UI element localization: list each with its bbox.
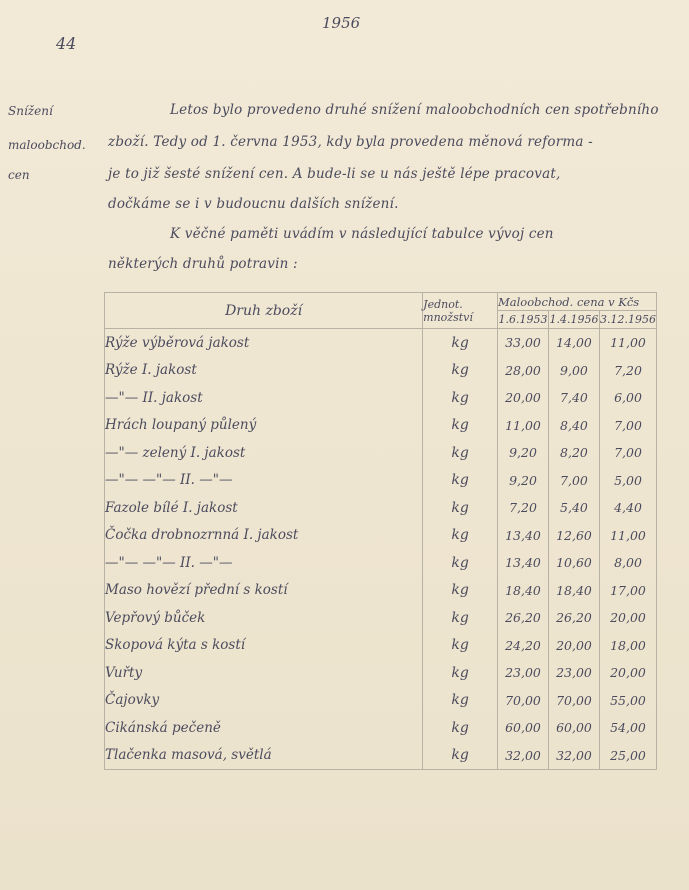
- price-1953: 9,20: [498, 467, 549, 495]
- table-row: Rýže výběrová jakostkg33,0014,0011,00: [105, 329, 657, 357]
- price-apr-1956: 10,60: [548, 549, 599, 577]
- item-name: Vepřový bůček: [105, 604, 423, 632]
- price-1953: 11,00: [498, 412, 549, 440]
- item-unit: kg: [423, 632, 498, 660]
- item-name: Rýže I. jakost: [105, 357, 423, 385]
- header-unit-line: množství: [423, 311, 473, 324]
- price-1953: 26,20: [498, 604, 549, 632]
- item-name: Cikánská pečeně: [105, 714, 423, 742]
- price-dec-1956: 20,00: [599, 659, 656, 687]
- price-apr-1956: 7,40: [548, 384, 599, 412]
- margin-note-line: Snížení: [8, 104, 53, 118]
- item-unit: kg: [423, 384, 498, 412]
- price-dec-1956: 20,00: [599, 604, 656, 632]
- header-date-1953: 1.6.1953: [498, 311, 549, 329]
- price-dec-1956: 8,00: [599, 549, 656, 577]
- price-1953: 28,00: [498, 357, 549, 385]
- table-row: —"— —"— II. —"—kg9,207,005,00: [105, 467, 657, 495]
- price-dec-1956: 18,00: [599, 632, 656, 660]
- price-1953: 32,00: [498, 742, 549, 770]
- item-unit: kg: [423, 604, 498, 632]
- item-unit: kg: [423, 357, 498, 385]
- item-name: Rýže výběrová jakost: [105, 329, 423, 357]
- price-1953: 70,00: [498, 687, 549, 715]
- price-dec-1956: 11,00: [599, 522, 656, 550]
- price-1953: 60,00: [498, 714, 549, 742]
- item-name: Maso hovězí přední s kostí: [105, 577, 423, 605]
- page-number: 44: [56, 34, 76, 53]
- price-1953: 18,40: [498, 577, 549, 605]
- header-date-apr-1956: 1.4.1956: [548, 311, 599, 329]
- table-row: Hrách loupaný půlenýkg11,008,407,00: [105, 412, 657, 440]
- header-goods-type: Druh zboží: [105, 293, 423, 329]
- table-row: Skopová kýta s kostíkg24,2020,0018,00: [105, 632, 657, 660]
- item-name: Tlačenka masová, světlá: [105, 742, 423, 770]
- item-name: —"— zelený I. jakost: [105, 439, 423, 467]
- price-1953: 33,00: [498, 329, 549, 357]
- table-row: —"— —"— II. —"—kg13,4010,608,00: [105, 549, 657, 577]
- item-name: —"— —"— II. —"—: [105, 467, 423, 495]
- item-unit: kg: [423, 494, 498, 522]
- item-unit: kg: [423, 687, 498, 715]
- table-row: Vepřový bůčekkg26,2026,2020,00: [105, 604, 657, 632]
- header-unit-line: Jednot.: [423, 298, 463, 311]
- price-1953: 23,00: [498, 659, 549, 687]
- price-table: Druh zboží Jednot. množství Maloobchod. …: [104, 292, 657, 770]
- table-row: Vuřtykg23,0023,0020,00: [105, 659, 657, 687]
- item-unit: kg: [423, 549, 498, 577]
- item-name: Hrách loupaný půlený: [105, 412, 423, 440]
- year-heading: 1956: [322, 14, 360, 32]
- margin-note-line: maloobchod.: [8, 138, 86, 152]
- paragraph-line: dočkáme se i v budoucnu dalších snížení.: [108, 196, 399, 212]
- table-row: Fazole bílé I. jakostkg7,205,404,40: [105, 494, 657, 522]
- price-dec-1956: 25,00: [599, 742, 656, 770]
- item-unit: kg: [423, 329, 498, 357]
- price-1953: 13,40: [498, 549, 549, 577]
- price-dec-1956: 4,40: [599, 494, 656, 522]
- price-1953: 24,20: [498, 632, 549, 660]
- price-apr-1956: 7,00: [548, 467, 599, 495]
- item-unit: kg: [423, 412, 498, 440]
- price-dec-1956: 6,00: [599, 384, 656, 412]
- price-1953: 13,40: [498, 522, 549, 550]
- price-dec-1956: 7,20: [599, 357, 656, 385]
- header-unit: Jednot. množství: [423, 293, 498, 329]
- header-date-dec-1956: 3.12.1956: [599, 311, 656, 329]
- table-row: —"— zelený I. jakostkg9,208,207,00: [105, 439, 657, 467]
- price-apr-1956: 18,40: [548, 577, 599, 605]
- price-dec-1956: 11,00: [599, 329, 656, 357]
- price-apr-1956: 23,00: [548, 659, 599, 687]
- price-1953: 7,20: [498, 494, 549, 522]
- price-apr-1956: 5,40: [548, 494, 599, 522]
- price-apr-1956: 8,20: [548, 439, 599, 467]
- price-dec-1956: 7,00: [599, 439, 656, 467]
- item-unit: kg: [423, 659, 498, 687]
- price-apr-1956: 26,20: [548, 604, 599, 632]
- price-dec-1956: 7,00: [599, 412, 656, 440]
- table-row: Cikánská pečeněkg60,0060,0054,00: [105, 714, 657, 742]
- item-name: Skopová kýta s kostí: [105, 632, 423, 660]
- item-name: Čočka drobnozrnná I. jakost: [105, 522, 423, 550]
- table-row: Tlačenka masová, světlákg32,0032,0025,00: [105, 742, 657, 770]
- table-row: Čočka drobnozrnná I. jakostkg13,4012,601…: [105, 522, 657, 550]
- price-apr-1956: 70,00: [548, 687, 599, 715]
- table-row: Čajovkykg70,0070,0055,00: [105, 687, 657, 715]
- header-retail-price: Maloobchod. cena v Kčs: [498, 293, 657, 311]
- paragraph-line: některých druhů potravin :: [108, 256, 298, 272]
- price-1953: 20,00: [498, 384, 549, 412]
- item-name: Čajovky: [105, 687, 423, 715]
- price-apr-1956: 60,00: [548, 714, 599, 742]
- table-row: Maso hovězí přední s kostíkg18,4018,4017…: [105, 577, 657, 605]
- price-dec-1956: 55,00: [599, 687, 656, 715]
- price-apr-1956: 9,00: [548, 357, 599, 385]
- item-unit: kg: [423, 714, 498, 742]
- item-name: —"— —"— II. —"—: [105, 549, 423, 577]
- paragraph-line: je to již šesté snížení cen. A bude-li s…: [108, 166, 560, 182]
- price-apr-1956: 12,60: [548, 522, 599, 550]
- item-unit: kg: [423, 522, 498, 550]
- item-unit: kg: [423, 467, 498, 495]
- margin-note-line: cen: [8, 168, 30, 182]
- item-name: Fazole bílé I. jakost: [105, 494, 423, 522]
- table-row: —"— II. jakostkg20,007,406,00: [105, 384, 657, 412]
- price-dec-1956: 54,00: [599, 714, 656, 742]
- item-unit: kg: [423, 742, 498, 770]
- price-dec-1956: 5,00: [599, 467, 656, 495]
- item-unit: kg: [423, 439, 498, 467]
- item-unit: kg: [423, 577, 498, 605]
- item-name: —"— II. jakost: [105, 384, 423, 412]
- paragraph-line: K věčné paměti uvádím v následující tabu…: [170, 226, 554, 242]
- paragraph-line: zboží. Tedy od 1. června 1953, kdy byla …: [108, 134, 593, 150]
- table-row: Rýže I. jakostkg28,009,007,20: [105, 357, 657, 385]
- price-apr-1956: 14,00: [548, 329, 599, 357]
- paragraph-line: Letos bylo provedeno druhé snížení maloo…: [170, 102, 659, 118]
- price-apr-1956: 8,40: [548, 412, 599, 440]
- price-apr-1956: 32,00: [548, 742, 599, 770]
- chronicle-page: 1956 44 Snížení maloobchod. cen Letos by…: [0, 0, 689, 890]
- item-name: Vuřty: [105, 659, 423, 687]
- price-dec-1956: 17,00: [599, 577, 656, 605]
- price-apr-1956: 20,00: [548, 632, 599, 660]
- price-1953: 9,20: [498, 439, 549, 467]
